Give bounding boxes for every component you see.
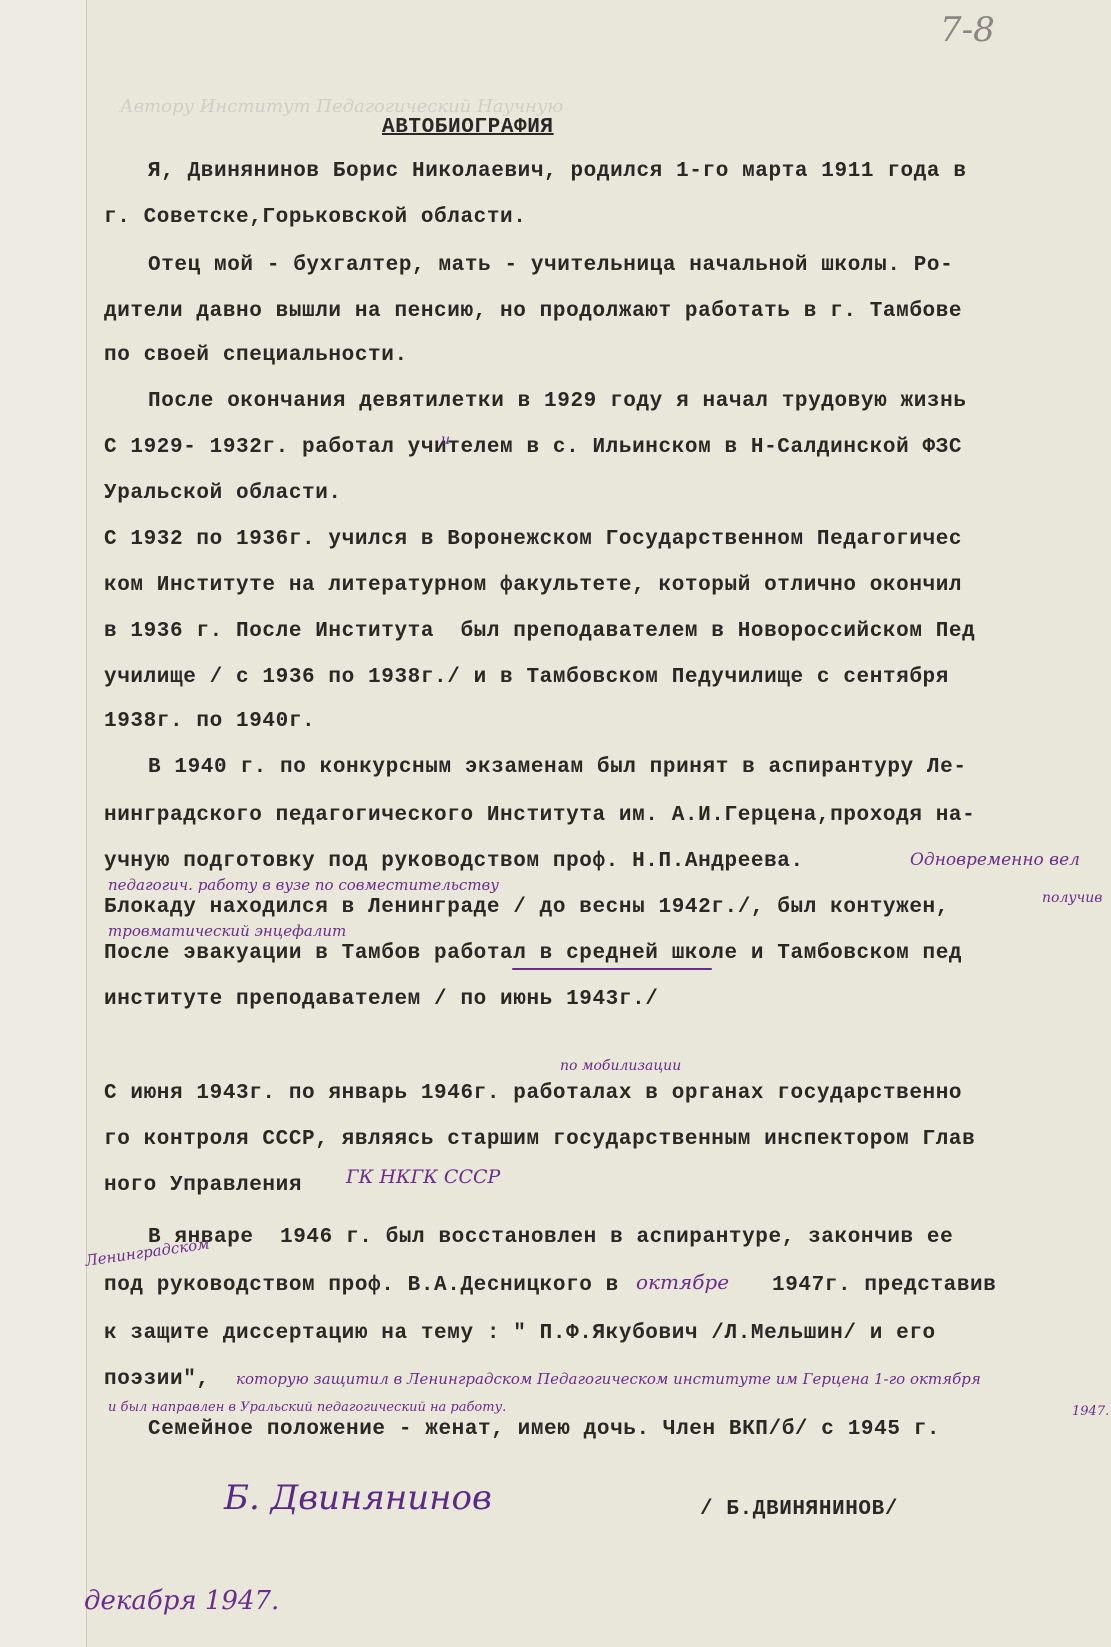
document-title: АВТОБИОГРАФИЯ bbox=[382, 116, 554, 139]
text-line: ного Управления bbox=[104, 1174, 302, 1197]
text-line: дители давно вышли на пенсию, но продолж… bbox=[104, 300, 962, 323]
text-line: Я, Двинянинов Борис Николаевич, родился … bbox=[148, 160, 967, 183]
text-line: После эвакуации в Тамбов работал в средн… bbox=[104, 942, 962, 965]
text-line: Отец мой - бухгалтер, мать - учительница… bbox=[148, 254, 953, 277]
handwritten-note: педагогич. работу в вузе по совместитель… bbox=[108, 876, 499, 894]
text-line: поэзии", bbox=[104, 1368, 210, 1391]
handwritten-note: октябре bbox=[636, 1270, 729, 1294]
handwritten-note: тровматический энцефалит bbox=[108, 922, 346, 940]
archive-number: 7-8 bbox=[940, 10, 995, 50]
text-line: училище / с 1936 по 1938г./ и в Тамбовск… bbox=[104, 666, 949, 689]
text-line: по своей специальности. bbox=[104, 344, 408, 367]
handwritten-note: Одновременно вел bbox=[910, 850, 1080, 870]
handwritten-insert: и bbox=[441, 432, 450, 448]
text-line: Блокаду находился в Ленинграде / до весн… bbox=[104, 896, 949, 919]
text-line: После окончания девятилетки в 1929 году … bbox=[148, 390, 967, 413]
text-line: институте преподавателем / по июнь 1943г… bbox=[104, 988, 659, 1011]
typed-signature: / Б.ДВИНЯНИНОВ/ bbox=[700, 1498, 898, 1521]
handwritten-date: декабря 1947. bbox=[84, 1586, 279, 1616]
handwritten-note: и был направлен в Уральский педагогическ… bbox=[108, 1400, 506, 1415]
text-line: к защите диссертацию на тему : " П.Ф.Яку… bbox=[104, 1322, 936, 1345]
text-line: С 1932 по 1936г. учился в Воронежском Го… bbox=[104, 528, 962, 551]
text-line: Уральской области. bbox=[104, 482, 342, 505]
text-line: под руководством проф. В.А.Десницкого в bbox=[104, 1274, 619, 1297]
text-line: в 1936 г. После Института был преподават… bbox=[104, 620, 975, 643]
handwritten-note: получив bbox=[1042, 890, 1102, 906]
text-line: Семейное положение - женат, имею дочь. Ч… bbox=[148, 1418, 940, 1441]
text-line: го контроля СССР, являясь старшим госуда… bbox=[104, 1128, 975, 1151]
text-line: В январе 1946 г. был восстановлен в аспи… bbox=[148, 1226, 953, 1249]
ghost-pencil-text: Автору Институт Педагогический Научную bbox=[120, 96, 563, 117]
text-line: В 1940 г. по конкурсным экзаменам был пр… bbox=[148, 756, 967, 779]
text-line: 1938г. по 1940г. bbox=[104, 710, 315, 733]
text-line: С июня 1943г. по январь 1946г. работалах… bbox=[104, 1082, 962, 1105]
text-line: г. Советске,Горьковской области. bbox=[104, 206, 526, 229]
text-line: учную подготовку под руководством проф. … bbox=[104, 850, 804, 873]
text-line: С 1929- 1932г. работал учителем в с. Иль… bbox=[104, 436, 962, 459]
signature: Б. Двинянинов bbox=[224, 1478, 492, 1518]
handwritten-note: которую защитил в Ленинградском Педагоги… bbox=[236, 1370, 981, 1388]
text-line: ком Институте на литературном факультете… bbox=[104, 574, 962, 597]
handwritten-note: ГК НКГК СССР bbox=[346, 1166, 500, 1188]
text-line: нинградского педагогического Института и… bbox=[104, 804, 975, 827]
page-edge bbox=[0, 0, 87, 1647]
handwritten-note: 1947. bbox=[1072, 1404, 1109, 1419]
handwritten-note: по мобилизации bbox=[560, 1058, 681, 1074]
text-line: 1947г. представив bbox=[772, 1274, 996, 1297]
ink-underline bbox=[512, 968, 712, 970]
